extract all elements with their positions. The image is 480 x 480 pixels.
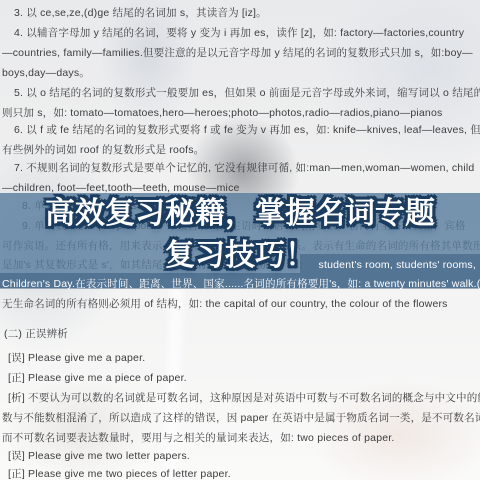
doc-line: 则只加 s，如: tomato—tomatoes,hero—heroes;pho… <box>2 106 442 121</box>
doc-line: 有些例外的词如 roof 的复数形式是 roofs。 <box>2 143 204 158</box>
doc-line: [误] Please give me a paper. <box>8 351 145 366</box>
doc-line: 3. 以 ce,se,ze,(d)ge 结尾的名词加 s，其读音为 [iz]。 <box>14 6 267 21</box>
banner-title-line1: 高效复习秘籍，掌握名词专题 <box>0 194 480 234</box>
doc-line: —countries, family—families.但要注意的是以元音字母加… <box>2 46 473 61</box>
promo-banner: 高效复习秘籍，掌握名词专题 复习技巧！ <box>0 194 480 276</box>
section-heading: (二) 正误辨析 <box>4 327 68 342</box>
doc-line: [正] Please give me a piece of paper. <box>8 371 187 386</box>
doc-line: Children's Day.在表示时间、距离、世界、国家......名词的所有… <box>2 277 480 292</box>
doc-line: 而不可数名词要表达数量时，要用与之相关的量词来表达，如: two pieces … <box>2 431 395 446</box>
doc-line: 无生命名词的所有格则必须用 of 结构，如: the capital of ou… <box>2 297 448 312</box>
doc-line: 7. 不规则名词的复数形式是要单个记忆的, 它没有规律可循, 如:man—men… <box>14 161 474 176</box>
doc-line: [析] 不要认为可以数的名词就是可数名词，这种原因是对英语中可数与不可数名词的概… <box>8 391 480 406</box>
doc-line: 4. 以辅音字母加 y 结尾的名词，要将 y 变为 i 再加 es，读作 [z]… <box>14 26 464 41</box>
doc-line: 6. 以 f 或 fe 结尾的名词的复数形式要将 f 或 fe 变为 v 再加 … <box>14 123 480 138</box>
document-page: 3. 以 ce,se,ze,(d)ge 结尾的名词加 s，其读音为 [iz]。 … <box>0 0 480 480</box>
doc-line: 数与不能数相混淆了，所以造成了这样的错误，因 paper 在英语中是属于物质名词… <box>2 411 480 426</box>
doc-line: [误] Please give me two letter papers. <box>8 449 190 464</box>
doc-line: boys,day—days。 <box>2 66 90 81</box>
doc-line: [正] Please give me two pieces of letter … <box>8 467 231 480</box>
doc-line: 5. 以 o 结尾的名词的复数形式一般要加 es，但如果 o 前面是元音字母或外… <box>14 86 480 101</box>
banner-title-line2: 复习技巧！ <box>0 236 480 276</box>
